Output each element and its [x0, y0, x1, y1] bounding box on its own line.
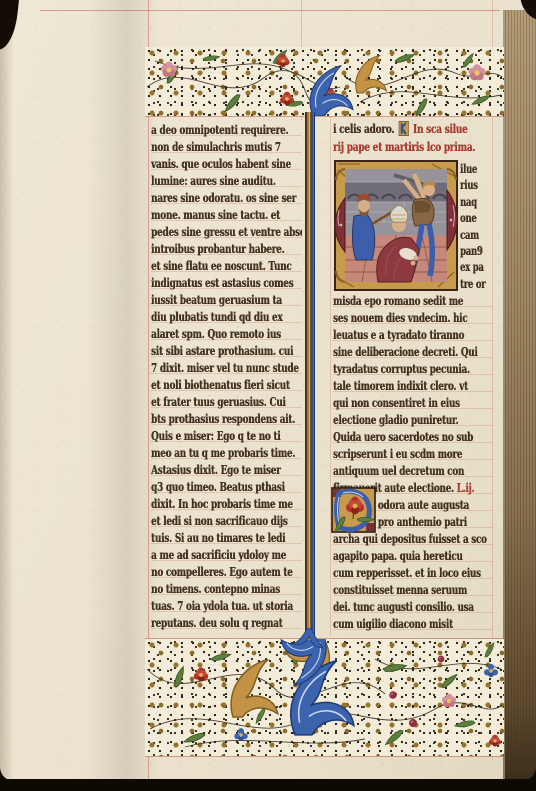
blue-acanthus-icon [291, 661, 354, 735]
text-line: naq [460, 194, 493, 210]
text-line: meo an tu q me probaris time. [151, 444, 302, 461]
blue-flower-icon [234, 728, 248, 741]
rosebud-icon [389, 691, 396, 698]
lectio-number-red: L.ij. [457, 480, 475, 495]
text-line: bts prothasius respondens ait. [151, 410, 302, 427]
text-line: pedes sine gressu et ventre absq3 [151, 223, 302, 240]
bottom-floral-border [145, 639, 504, 756]
top-floral-border [145, 47, 504, 116]
text-line: tuis. Si au no timares te ledi [151, 529, 302, 546]
text-line: ex pa [460, 259, 493, 275]
right-column-lines: misda epo romano sedit meses nouem dies … [333, 292, 493, 479]
acanthus-centerpiece [310, 55, 386, 116]
text-line: misda epo romano sedit me [333, 292, 493, 309]
text-line: nares sine odoratu. os sine ser [151, 189, 302, 206]
rosebud-icon [438, 656, 445, 663]
text-line: no timens. contepno minas [151, 580, 302, 597]
text-line: tale timorem indixit clero. vt [333, 377, 493, 394]
right-text-column: misda epo romano sedit meses nouem dies … [333, 292, 493, 632]
text-line: Quida uero sacerdotes no sub [333, 428, 493, 445]
pink-rose-icon [442, 694, 456, 708]
text-line: rius [460, 177, 493, 193]
pink-rose-icon [469, 64, 486, 80]
text-line: agapito papa. quia hereticu [333, 547, 493, 564]
historiated-initial-miniature [334, 160, 458, 291]
text-line: sit sibi astare prothasium. cui [151, 342, 302, 359]
left-edge-shadow [0, 0, 14, 781]
text-line: alaret spm. Quo remoto ius [151, 325, 302, 342]
text-line: lumine: aures sine auditu. [151, 172, 302, 189]
column-divider-bar [305, 112, 315, 640]
text-line: odora aute augusta [378, 496, 493, 513]
left-text-column: a deo omnipotenti requirere.non de simul… [151, 121, 302, 632]
narrow-lines: ilueriusnaqonecampan9ex patre or [460, 161, 493, 292]
rubric-block: i celis adoro. In sca silue rij pape et … [333, 120, 504, 156]
text-line: iussit beatum geruasium ta [151, 291, 302, 308]
text-line: q3 quo timeo. Beatus pthasi [151, 478, 302, 495]
text-line: one [460, 210, 493, 226]
rubric-line-1: i celis adoro. In sca silue [333, 120, 504, 138]
text-line: ilue [460, 161, 493, 177]
text-line: scripserunt i eu scdm more [333, 445, 493, 462]
text-line: pro anthemio patri [378, 513, 493, 530]
gold-acanthus-icon [231, 659, 278, 717]
text-line: Quis e miser: Ego q te no ti [151, 427, 302, 444]
text-line: mone. manus sine tactu. et [151, 206, 302, 223]
text-line: et noli biothenatus fieri sicut [151, 376, 302, 393]
bottom-border-decoration [145, 639, 504, 756]
rubric-red-text: In sca silue [413, 121, 468, 136]
text-line: cam [460, 227, 493, 243]
text-line: 7 dixit. miser vel tu nunc stude [151, 359, 302, 376]
text-line: a deo omnipotenti requirere. [151, 121, 302, 138]
text-line: cum uigilio diacono misit [333, 615, 493, 632]
text-line: ses nouem dies vndecim. hic [333, 309, 493, 326]
red-rose-icon [489, 735, 501, 747]
text-line: dixit. In hoc probaris time me [151, 495, 302, 512]
text-line: et frater tuus geruasius. Cui [151, 393, 302, 410]
text-line: et sine flatu ee noscunt. Tunc [151, 257, 302, 274]
narrow-text-column: ilueriusnaqonecampan9ex patre or [460, 161, 493, 292]
text-line: constituisset menna seruum [333, 581, 493, 598]
incipit-black-text: i celis adoro. [333, 121, 394, 136]
ruling-line-top [40, 10, 500, 11]
decorated-initial-t [331, 487, 376, 533]
top-border-decoration [145, 47, 504, 116]
left-column-lines: a deo omnipotenti requirere.non de simul… [151, 121, 302, 631]
paraph-mark-icon [399, 121, 409, 136]
photo-bottom-edge [0, 779, 536, 791]
text-line: diu plubatis tundi qd diu ex [151, 308, 302, 325]
text-line: reputans. deu solu q regnat [151, 614, 302, 631]
text-line: no compelleres. Ego autem te [151, 563, 302, 580]
right-column-tail-lines: archa qui depositus fuisset a scoagapito… [333, 530, 493, 632]
text-line: leuatus e a tyradato tiranno [333, 326, 493, 343]
text-line: tyradatus corruptus pecunia. [333, 360, 493, 377]
text-line: non de simulachris mutis 7 [151, 138, 302, 155]
text-line: qui non consentiret in eius [333, 394, 493, 411]
text-line: antiquum uel decretum con [333, 462, 493, 479]
manuscript-photo: a deo omnipotenti requirere.non de simul… [0, 0, 536, 791]
ruling-line-col2-left [330, 116, 331, 636]
rubric-line-2: rij pape et martiris lco prima. [333, 138, 504, 156]
text-line: indignatus est astasius comes [151, 274, 302, 291]
text-line: cum repperisset. et in loco eius [333, 564, 493, 581]
book-page-edges [505, 10, 536, 781]
text-line: sine deliberacione decreti. Qui [333, 343, 493, 360]
text-line: tuas. 7 oia ydola tua. ut storia [151, 597, 302, 614]
rosebud-icon [409, 719, 417, 727]
text-line: Astasius dixit. Ego te miser [151, 461, 302, 478]
text-line: vanis. que oculos habent sine [151, 155, 302, 172]
martyrdom-scene [345, 169, 447, 282]
text-line: dei. tunc augusti consilio. usa [333, 598, 493, 615]
text-line: et ledi si non sacrificauo dijs [151, 512, 302, 529]
blue-flower-icon [484, 664, 498, 677]
text-line: electione gladio puniretur. [333, 411, 493, 428]
text-line: tre or [460, 276, 493, 292]
text-line: a me ad sacrificiu ydoloy me [151, 546, 302, 563]
text-line: introibus probantur habere. [151, 240, 302, 257]
gold-acanthus-icon [356, 55, 387, 93]
ruling-line-border-top [145, 116, 504, 117]
ruling-line-bottom [145, 756, 504, 757]
text-line: pan9 [460, 243, 493, 259]
